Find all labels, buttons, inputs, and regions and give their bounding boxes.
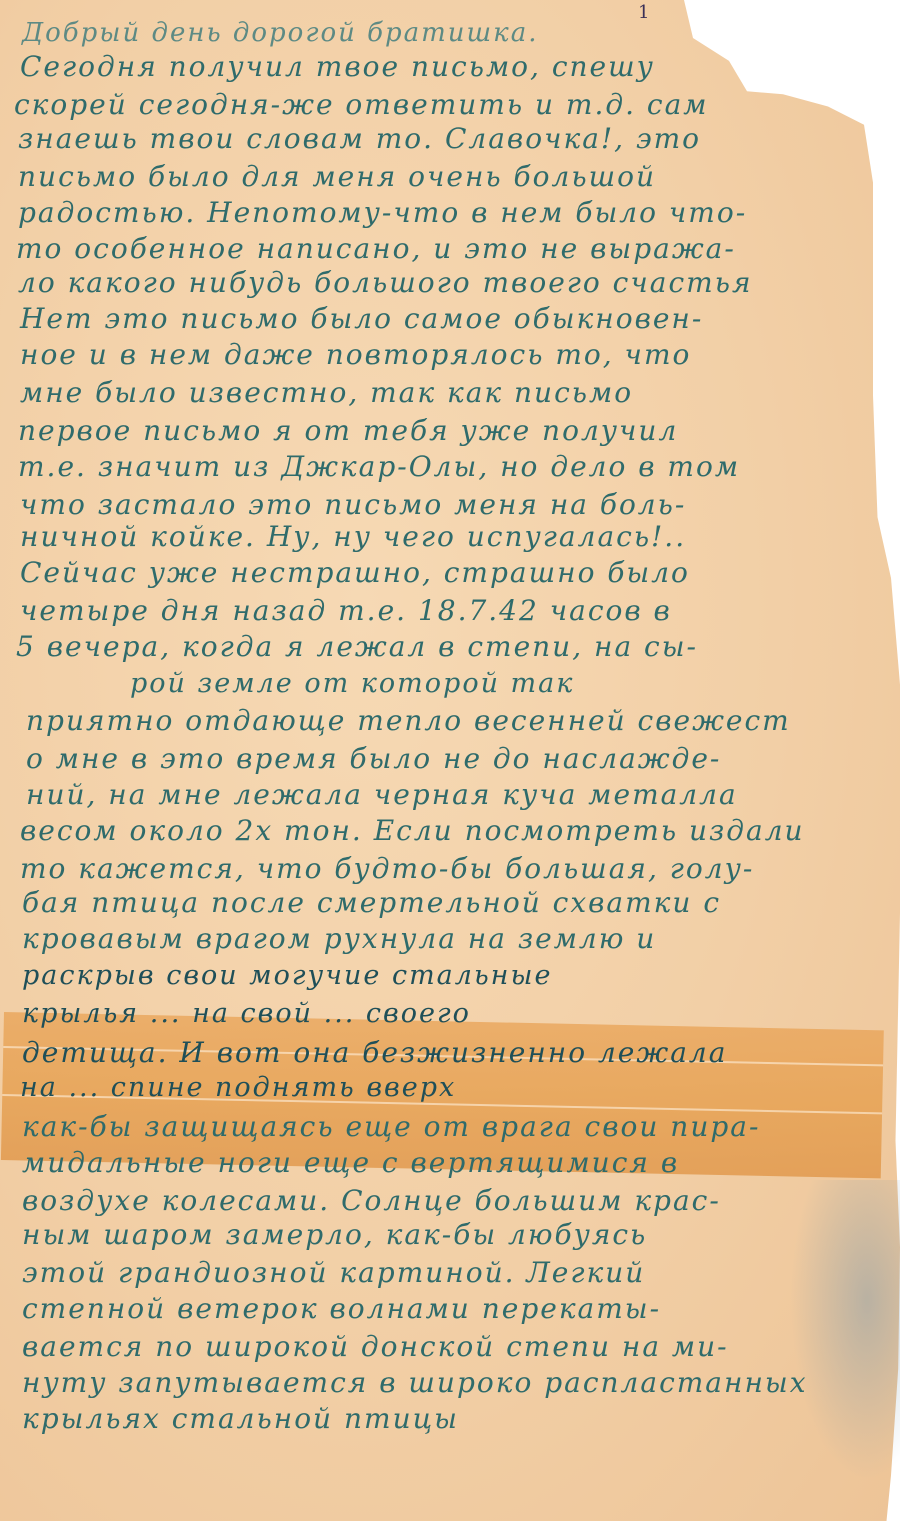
letter-line: крылья ... на свой ... своего: [22, 998, 471, 1029]
letter-line: весом около 2х тон. Если посмотреть изда…: [20, 814, 805, 847]
letter-line: четыре дня назад т.е. 18.7.42 часов в: [20, 594, 672, 627]
letter-line: рой земле от которой так: [130, 668, 574, 699]
letter-line: мидальные ноги еще с вертящимися в: [22, 1146, 679, 1179]
letter-line: нуту запутывается в широко распластанных: [22, 1366, 807, 1399]
letter-line: ничной койке. Ну, ну чего испугалась!..: [20, 520, 686, 553]
letter-line: Сегодня получил твое письмо, спешу: [20, 50, 655, 83]
letter-line: раскрыв свои могучие стальные: [22, 960, 552, 991]
letter-line: вается по широкой донской степи на ми-: [22, 1330, 729, 1363]
letter-line: то особенное написано, и это не выража-: [16, 232, 736, 265]
letter-line: о мне в это время было не до наслажде-: [26, 742, 721, 775]
letter-line: Добрый день дорогой братишка.: [22, 18, 538, 48]
letter-text: Добрый день дорогой братишка.Сегодня пол…: [0, 0, 900, 1521]
letter-line: письмо было для меня очень большой: [18, 160, 656, 193]
letter-line: степной ветерок волнами перекаты-: [22, 1292, 661, 1325]
letter-line: на ... спине поднять вверх: [20, 1072, 456, 1103]
letter-line: ний, на мне лежала черная куча металла: [26, 778, 738, 811]
letter-line: что застало это письмо меня на боль-: [20, 488, 686, 521]
letter-line: скорей сегодня-же ответить и т.д. сам: [14, 88, 709, 121]
letter-line: крыльях стальной птицы: [22, 1402, 459, 1435]
letter-line: воздухе колесами. Солнце большим крас-: [22, 1184, 721, 1217]
letter-line: ным шаром замерло, как-бы любуясь: [22, 1218, 647, 1251]
letter-line: первое письмо я от тебя уже получил: [18, 414, 678, 447]
letter-line: Сейчас уже нестрашно, страшно было: [20, 556, 690, 589]
letter-line: приятно отдающе тепло весенней свежест: [26, 704, 791, 737]
letter-line: то кажется, что будто-бы большая, голу-: [20, 852, 754, 885]
letter-line: радостью. Непотому-что в нем было что-: [18, 196, 747, 229]
letter-line: детища. И вот она безжизненно лежала: [22, 1036, 727, 1069]
letter-line: мне было известно, так как письмо: [20, 376, 633, 409]
letter-line: ное и в нем даже повторялось то, что: [20, 338, 691, 371]
letter-line: этой грандиозной картиной. Легкий: [22, 1256, 645, 1289]
letter-line: ло какого нибудь большого твоего счастья: [18, 266, 753, 299]
letter-line: 5 вечера, когда я лежал в степи, на сы-: [16, 630, 698, 663]
letter-line: знаешь твои словам то. Славочка!, это: [18, 122, 701, 155]
letter-line: кровавым врагом рухнула на землю и: [22, 922, 656, 955]
letter-line: Нет это письмо было самое обыкновен-: [20, 302, 703, 335]
letter-line: бая птица после смертельной схватки с: [22, 886, 721, 919]
letter-line: т.е. значит из Джкар-Олы, но дело в том: [18, 450, 740, 483]
letter-line: как-бы защищаясь еще от врага свои пира-: [22, 1110, 760, 1143]
